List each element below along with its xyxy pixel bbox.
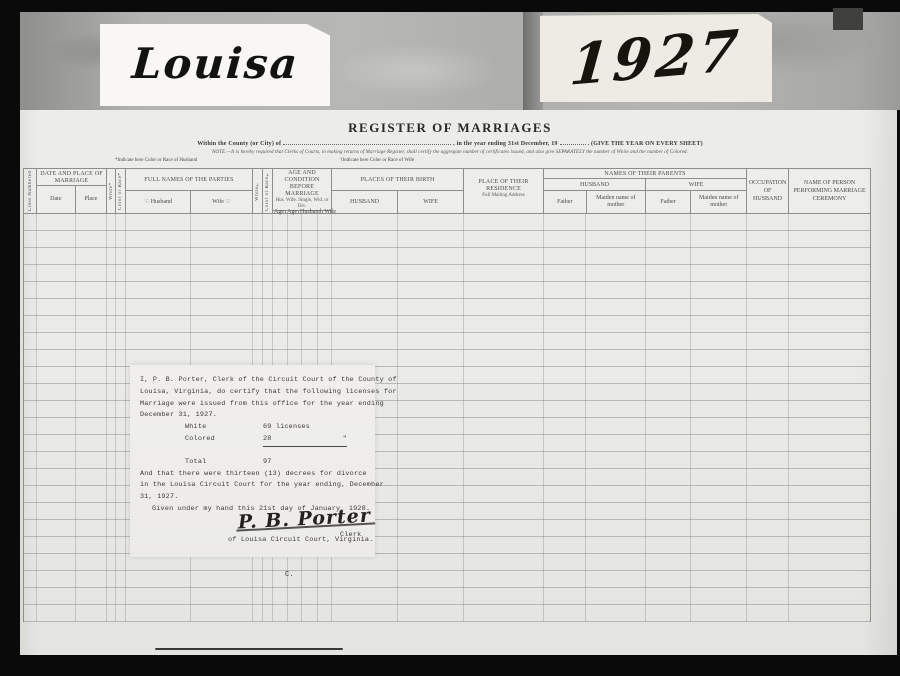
col-birth-wife: WIFE [398, 191, 463, 213]
col-wife-name: Wife ☞ [191, 191, 252, 213]
table-row [24, 571, 871, 588]
clerk-signature: P. B. Porter [236, 510, 376, 531]
certificate-line: Marriage were issued from this office fo… [140, 399, 367, 411]
col-white-wife: White† [253, 169, 263, 214]
scan-artifact [833, 8, 863, 30]
parents-title: NAMES OF THEIR PARENTS [544, 169, 746, 178]
certificate-line: Louisa, Virginia, do certify that the fo… [140, 387, 367, 399]
col-group-age-condition: AGE AND CONDITION BEFORE MARRIAGE Hus. W… [273, 169, 332, 214]
col-date: Date [37, 186, 76, 213]
year-handwriting: 1927 [567, 17, 744, 99]
col-place: Place [76, 186, 106, 213]
county-blank [283, 140, 451, 145]
age-condition-title: AGE AND CONDITION BEFORE MARRIAGE [273, 169, 331, 198]
table-row [24, 333, 871, 350]
col-race-husband: Color or Race* [116, 169, 126, 214]
col-birth-husband: HUSBAND [332, 191, 398, 213]
col-parents-wife: WIFE [646, 179, 746, 190]
col-wife-mother: Maiden name of mother [691, 191, 746, 213]
col-husband-name: ☜ Husband [126, 191, 191, 213]
col-wife-father: Father [646, 191, 691, 213]
certificate-line: And that there were thirteen (13) decree… [140, 469, 367, 481]
clerk-certificate: I, P. B. Porter, Clerk of the Circuit Co… [130, 365, 375, 557]
certificate-line: I, P. B. Porter, Clerk of the Circuit Co… [140, 375, 367, 387]
certificate-line: in the Louisa Circuit Court for the year… [140, 480, 367, 492]
col-white-husband: White* [107, 169, 116, 214]
county-handwriting: Louisa [130, 39, 300, 88]
col-occupation: OCCUPATION OF HUSBAND [747, 169, 789, 214]
col-age-wife: Age [286, 211, 299, 213]
table-row [24, 605, 871, 622]
line-suffix: . (GIVE THE YEAR ON EVERY SHEET) [588, 141, 703, 147]
table-row [24, 588, 871, 605]
table-row [24, 265, 871, 282]
col-residence: PLACE OF THEIR RESIDENCE Full Mailing Ad… [464, 169, 544, 214]
col-husband-father: Father [544, 191, 587, 213]
col-race-wife: Color or Race† [263, 169, 273, 214]
line-mid: , in the year ending 31st December, 19 [453, 141, 557, 147]
date-place-title: DATE AND PLACE OF MARRIAGE [37, 169, 106, 185]
table-row [24, 282, 871, 299]
ditto-mark: " [343, 434, 347, 446]
table-row [24, 316, 871, 333]
register-header: Lines Numbered DATE AND PLACE OF MARRIAG… [24, 169, 871, 214]
page-mark: C. [285, 570, 367, 582]
stat-value: 69 licenses [263, 422, 347, 434]
register-sheet: REGISTER OF MARRIAGES Within the County … [20, 110, 897, 655]
birth-title: PLACES OF THEIR BIRTH [332, 169, 463, 184]
full-names-title: FULL NAMES OF THE PARTIES [126, 169, 252, 184]
footnote-wife: †Indicate here Color or Race of Wife [340, 158, 414, 163]
line-prefix: Within the County (or City) of [197, 141, 281, 147]
year-blank [560, 140, 586, 145]
certificate-line: December 31, 1927. [140, 410, 367, 422]
year-label-tag: 1927 [540, 14, 772, 102]
residence-title: PLACE OF THEIR RESIDENCE [464, 169, 543, 193]
table-row [24, 231, 871, 248]
county-label-tag: Louisa [100, 24, 330, 106]
stat-row-colored: Colored 28" [185, 434, 367, 447]
col-husband-mother: Maiden name of mother [587, 191, 646, 213]
page-title: REGISTER OF MARRIAGES [20, 120, 880, 136]
signature-block: P. B. Porter Clerk of Louisa Circuit Cou… [140, 518, 367, 548]
county-year-line: Within the County (or City) of, in the y… [20, 140, 880, 147]
stat-label: White [185, 422, 263, 434]
col-age-husband: Age [273, 211, 286, 213]
table-row [24, 350, 871, 367]
clerk-note: NOTE.—It is hereby required that Clerks … [20, 150, 880, 155]
col-group-parents: NAMES OF THEIR PARENTS HUSBAND WIFE Fath… [544, 169, 747, 214]
table-row [24, 299, 871, 316]
stat-value: 28" [263, 434, 347, 447]
col-parents-husband: HUSBAND [544, 179, 646, 190]
table-row [24, 214, 871, 231]
signature-court-line: of Louisa Circuit Court, Virginia. [228, 535, 373, 547]
col-lines-numbered: Lines Numbered [24, 169, 37, 214]
stat-row-total: Total 97 [185, 457, 367, 469]
stat-label: Total [185, 457, 263, 469]
table-row [24, 248, 871, 265]
col-group-date-place: DATE AND PLACE OF MARRIAGE Date Place [37, 169, 107, 214]
col-performer: NAME OF PERSON PERFORMING MARRIAGE CEREM… [789, 169, 871, 214]
col-condition-husband: Husband [299, 211, 323, 213]
scanned-register-page: { "cover": { "county": "Louisa", "year":… [0, 0, 900, 676]
stat-row-white: White 69 licenses [185, 422, 367, 434]
stat-value: 97 [263, 457, 347, 469]
scan-smudge [155, 648, 343, 650]
certificate-line: 31, 1927. [140, 492, 367, 504]
footnote-husband: *Indicate here Color or Race of Husband [115, 158, 197, 163]
col-group-birth: PLACES OF THEIR BIRTH HUSBAND WIFE [332, 169, 464, 214]
col-group-full-names: FULL NAMES OF THE PARTIES ☜ Husband Wife… [126, 169, 253, 214]
stat-label: Colored [185, 434, 263, 447]
